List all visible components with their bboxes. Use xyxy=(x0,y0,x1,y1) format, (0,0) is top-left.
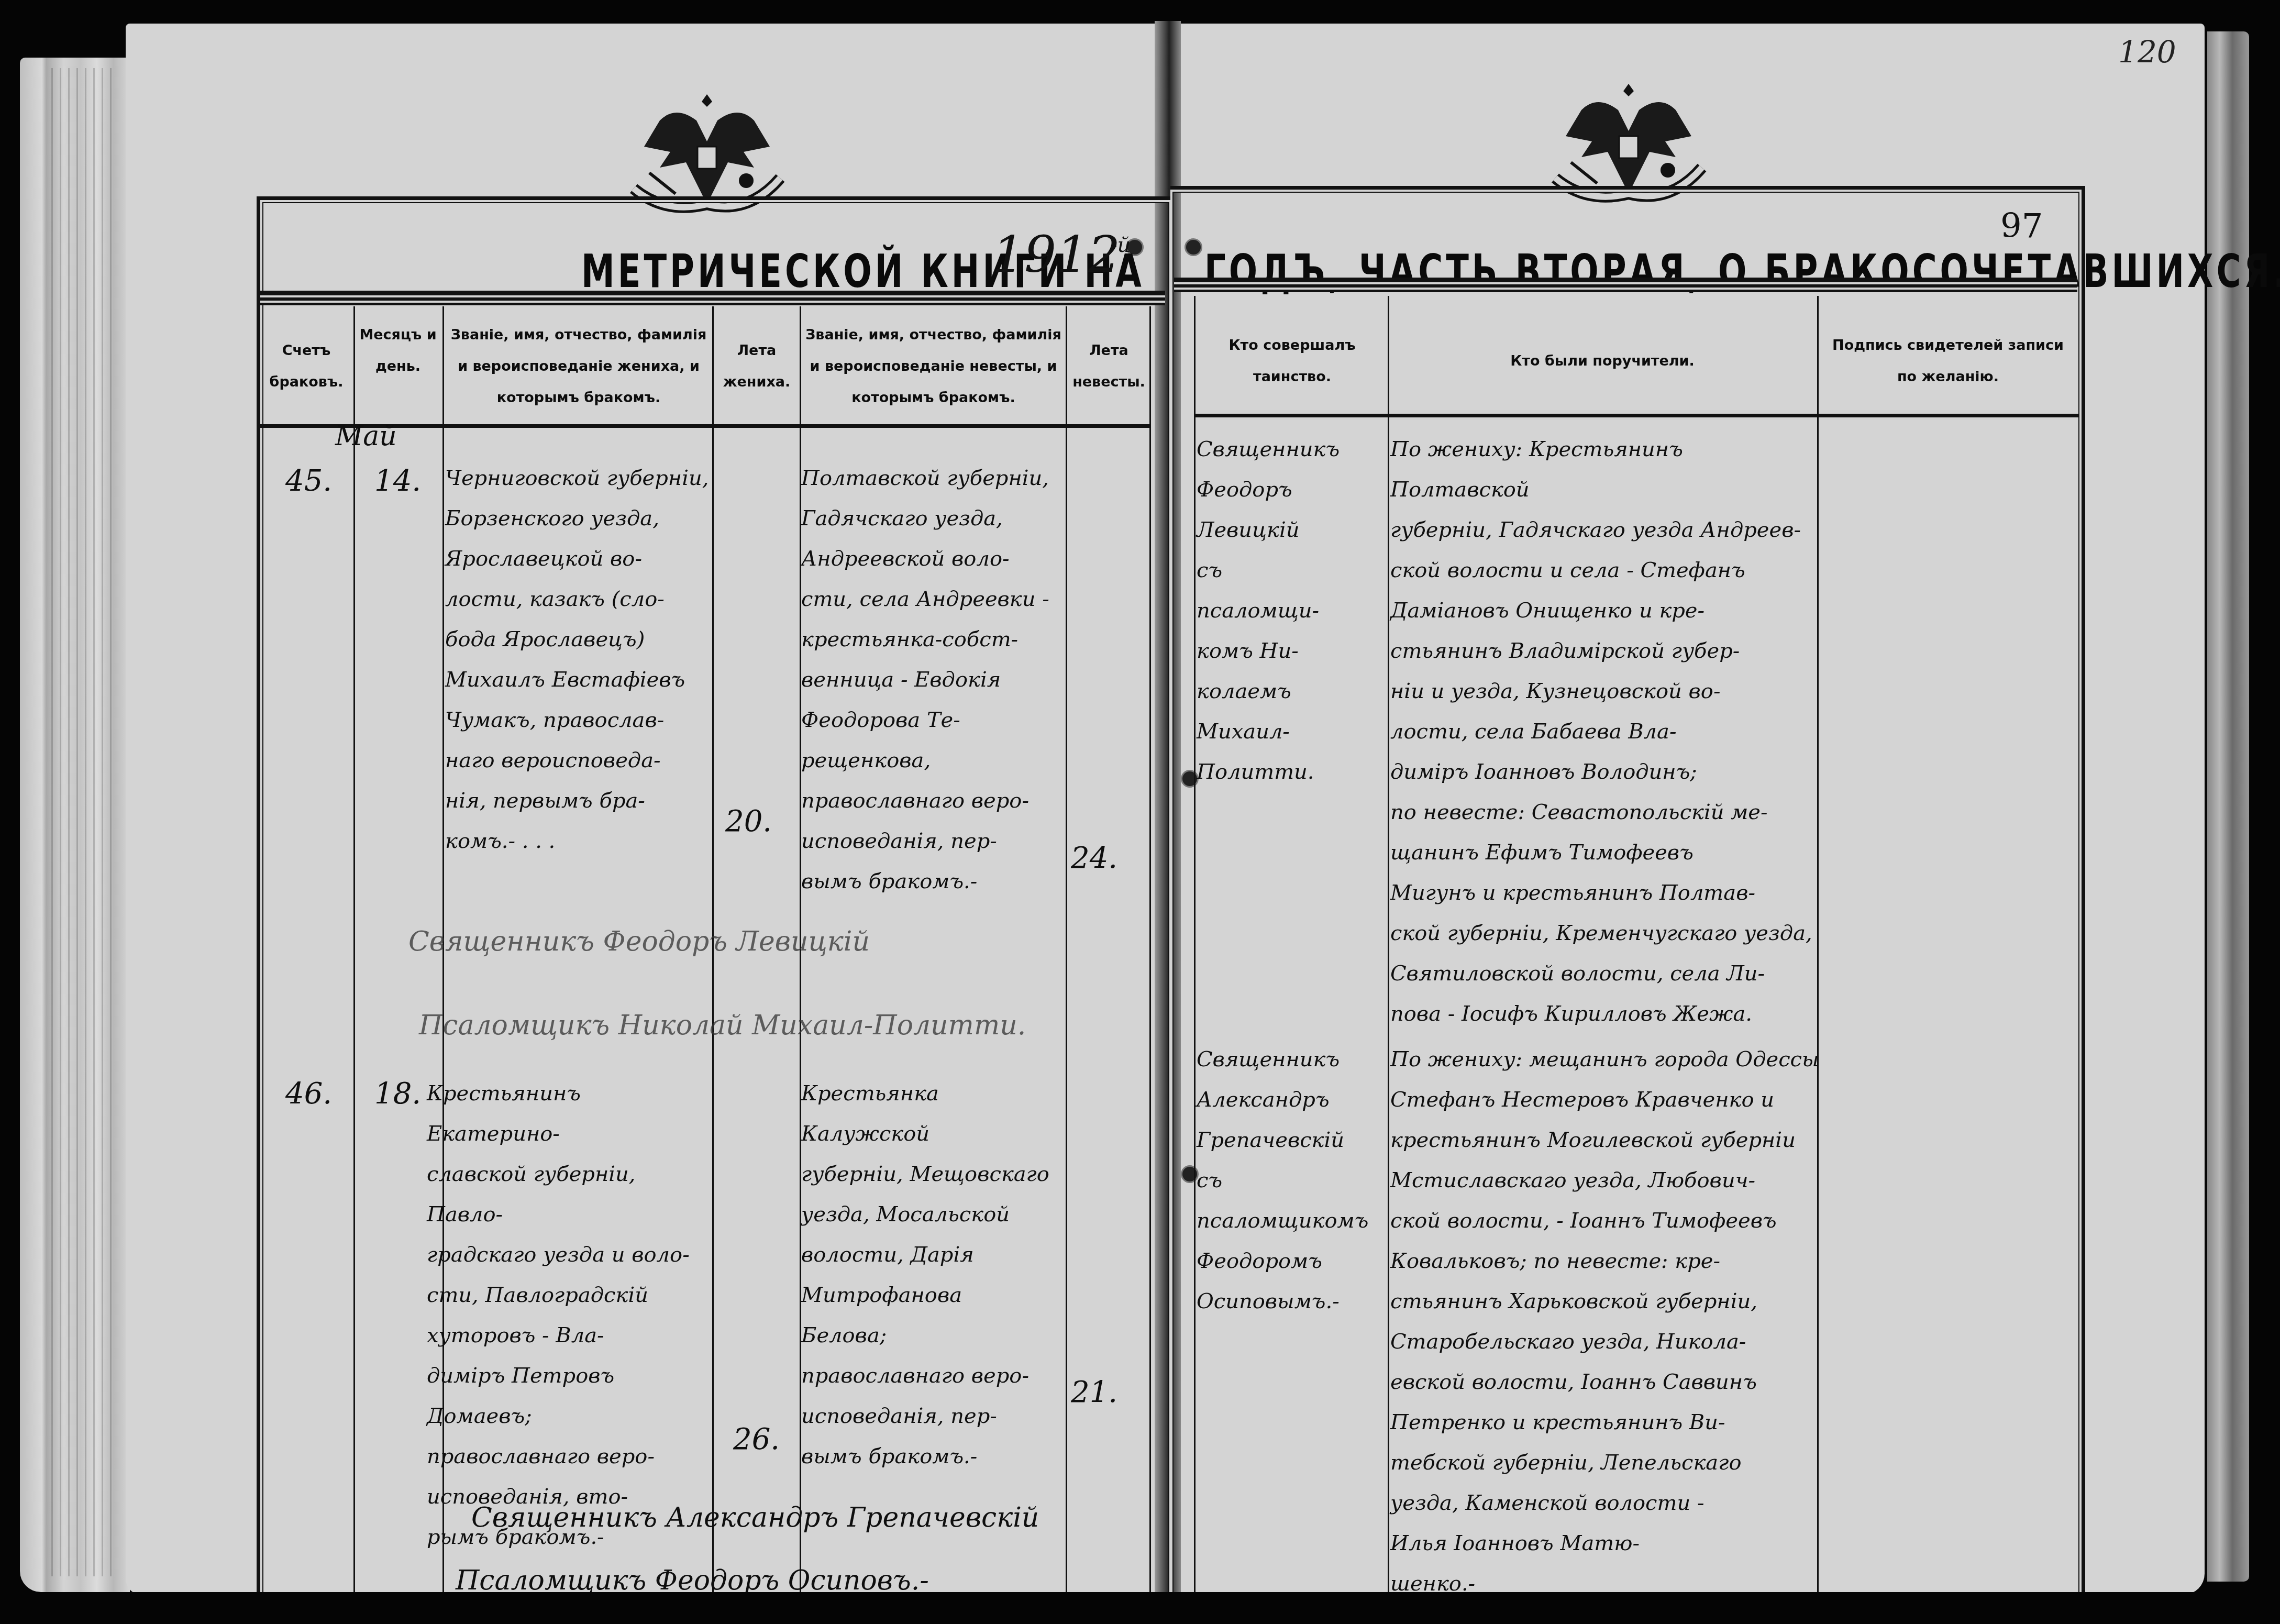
entry-46-priest-signature: Священникъ Александръ Грепачевскiй xyxy=(471,1498,1039,1538)
header-bottom-rule xyxy=(1194,414,2079,417)
entry-45-number: 45. xyxy=(285,461,332,501)
col-header-bride: Званiе, имя, отчество, фамилiя и вероисп… xyxy=(804,319,1063,414)
entry-45-groom-age: 20. xyxy=(725,801,772,842)
col-header-witness-signatures: Подпись свидетелей записи по желанiю. xyxy=(1822,330,2074,393)
entry-45-priest-signature: Священникъ Феодоръ Левицкiй xyxy=(408,922,870,962)
header-rule xyxy=(1174,278,2077,293)
entry-46-bride: Крестьянка Калужской губернiи, Мещовскаг… xyxy=(801,1074,1068,1477)
entry-46-officiant: Священникъ Александръ Грепачевскiй съ пс… xyxy=(1197,1040,1388,1322)
col-header-sureties: Кто были поручители. xyxy=(1393,346,1812,377)
entry-46-sureties: По жениху: мещанинъ города Одессы Стефан… xyxy=(1390,1040,1820,1604)
entry-45-bride: Полтавской губернiи, Гадячскаго уезда, А… xyxy=(801,458,1068,902)
col-header-groom: Званiе, имя, отчество, фамилiя и вероисп… xyxy=(448,319,710,414)
entry-45-groom: Черниговской губернiи, Борзенского уезда… xyxy=(445,458,712,861)
entry-45-bride-age: 24. xyxy=(1071,838,1117,878)
folio-number: 120 xyxy=(2118,34,2176,70)
entry-46-groom: Крестьянинъ Екатерино- славской губернiи… xyxy=(427,1074,710,1557)
col-header-month-day: Месяцъ и день. xyxy=(356,319,440,382)
page-stack-edge xyxy=(20,58,130,1592)
col-header-groom-age: Лета жениха. xyxy=(715,335,799,398)
entry-45-officiant: Священникъ Феодоръ Левицкiй съ псаломщи-… xyxy=(1197,429,1388,792)
entry-46-bride-age: 21. xyxy=(1071,1372,1117,1412)
header-rule xyxy=(260,291,1165,306)
entry-46-number: 46. xyxy=(285,1074,332,1114)
entry-46-day: 18. xyxy=(374,1074,421,1114)
scan-bottom-edge xyxy=(126,1592,2215,1624)
column-divider xyxy=(1194,296,1196,1600)
month-label: Май xyxy=(335,416,397,457)
entry-46-groom-age: 26. xyxy=(733,1419,780,1460)
entry-45-sureties: По жениху: Крестьянинъ Полтавской губерн… xyxy=(1390,429,1820,1034)
entry-45-psalmist-signature: Псаломщикъ Николай Михаил-Политти. xyxy=(419,1006,1026,1046)
title-year: 1912 xyxy=(992,225,1120,284)
col-header-bride-age: Лета невесты. xyxy=(1068,335,1149,398)
title-year-suffix: -й xyxy=(1110,233,1131,257)
col-header-officiant: Кто совершалъ таинство. xyxy=(1199,330,1385,393)
column-divider xyxy=(353,306,355,1600)
column-divider xyxy=(1149,306,1151,1600)
entry-45-day: 14. xyxy=(374,461,421,501)
column-divider xyxy=(1388,296,1389,1600)
col-header-marriage-count: Счетъ браковъ. xyxy=(262,335,351,398)
